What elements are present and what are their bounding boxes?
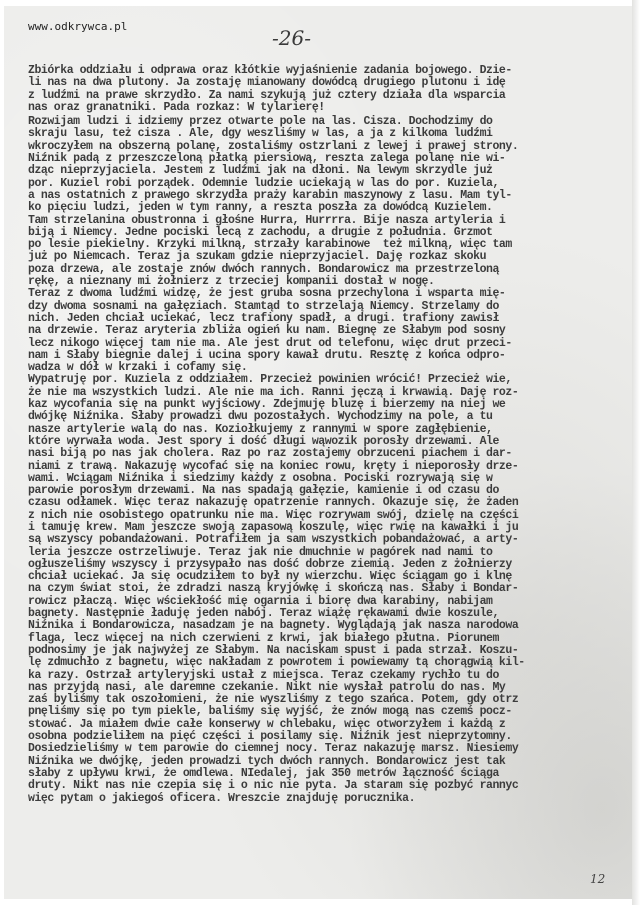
- text-line: skraju lasu, też cisza . Ale, dgy weszli…: [28, 128, 628, 140]
- text-line: są wszyscy pobandażowani. Potrafiłem ja …: [28, 534, 628, 546]
- text-line: nasi biją po nas jak cholera. Raz po raz…: [28, 448, 628, 460]
- text-line: czasu odłamek. Więc teraz nakazuję opatr…: [28, 497, 628, 509]
- text-line: pnęliśmy się po tym piekle, baliśmy się …: [28, 706, 628, 718]
- typewritten-body-text: Zbiórka oddziału i odprawa oraz kłótkie …: [28, 65, 628, 805]
- scan-edge: [632, 0, 640, 905]
- text-line: lę zdmuchło z bagnetu, więc nakładam z p…: [28, 657, 628, 669]
- source-watermark: www.odkrywca.pl: [28, 20, 127, 33]
- text-line: niami z trawą. Nakazuję wycofać się na k…: [28, 461, 628, 473]
- text-line: Tam strzelanina obustronna i głośne Hurr…: [28, 215, 628, 227]
- handwritten-folio-number: 12: [590, 872, 605, 886]
- text-line: druty. Nikt nas nie czepia się i o nic n…: [28, 780, 628, 792]
- page-number: -26-: [272, 26, 311, 50]
- text-line: więc pytam o jakiegoś oficera. Wreszcie …: [28, 793, 628, 805]
- text-line: ko pięciu ludzi, jeden w tym ranny, a re…: [28, 202, 628, 214]
- scanned-page: www.odkrywca.pl -26- Zbiórka oddziału i …: [4, 6, 634, 899]
- text-line: Wypatruję por. Kuziela z oddziałem. Prze…: [28, 374, 628, 386]
- text-line: Niźnika i Bondarowicza, nasadzam je na b…: [28, 620, 628, 632]
- text-line: Dosiedzieliśmy w tem parowie do ciemnej …: [28, 743, 628, 755]
- text-line: na czym świat stoi, że zdradzi naszą kry…: [28, 583, 628, 595]
- text-line: na drzewie. Teraz aryteria zbliża ogień …: [28, 325, 628, 337]
- text-line: Teraz z dwoma ludźmi widzę, że jest grub…: [28, 288, 628, 300]
- text-line: ka razy. Ostrzał artyleryjski ustał z mi…: [28, 670, 628, 682]
- text-line: dząc nieprzyjaciela. Jestem z ludźmi jak…: [28, 165, 628, 177]
- text-line: li nas na dwa plutony. Ja zostaję mianow…: [28, 77, 628, 89]
- text-line: dwójkę Niźnika. Słaby prowadzi dwu pozos…: [28, 411, 628, 423]
- text-line: już po Niemcach. Teraz ja szukam gdzie n…: [28, 251, 628, 263]
- text-line: nas oraz granatniki. Pada rozkaz: W tyla…: [28, 102, 628, 114]
- text-line: lecz nikogo więcej tam nie ma. Ale jest …: [28, 338, 628, 350]
